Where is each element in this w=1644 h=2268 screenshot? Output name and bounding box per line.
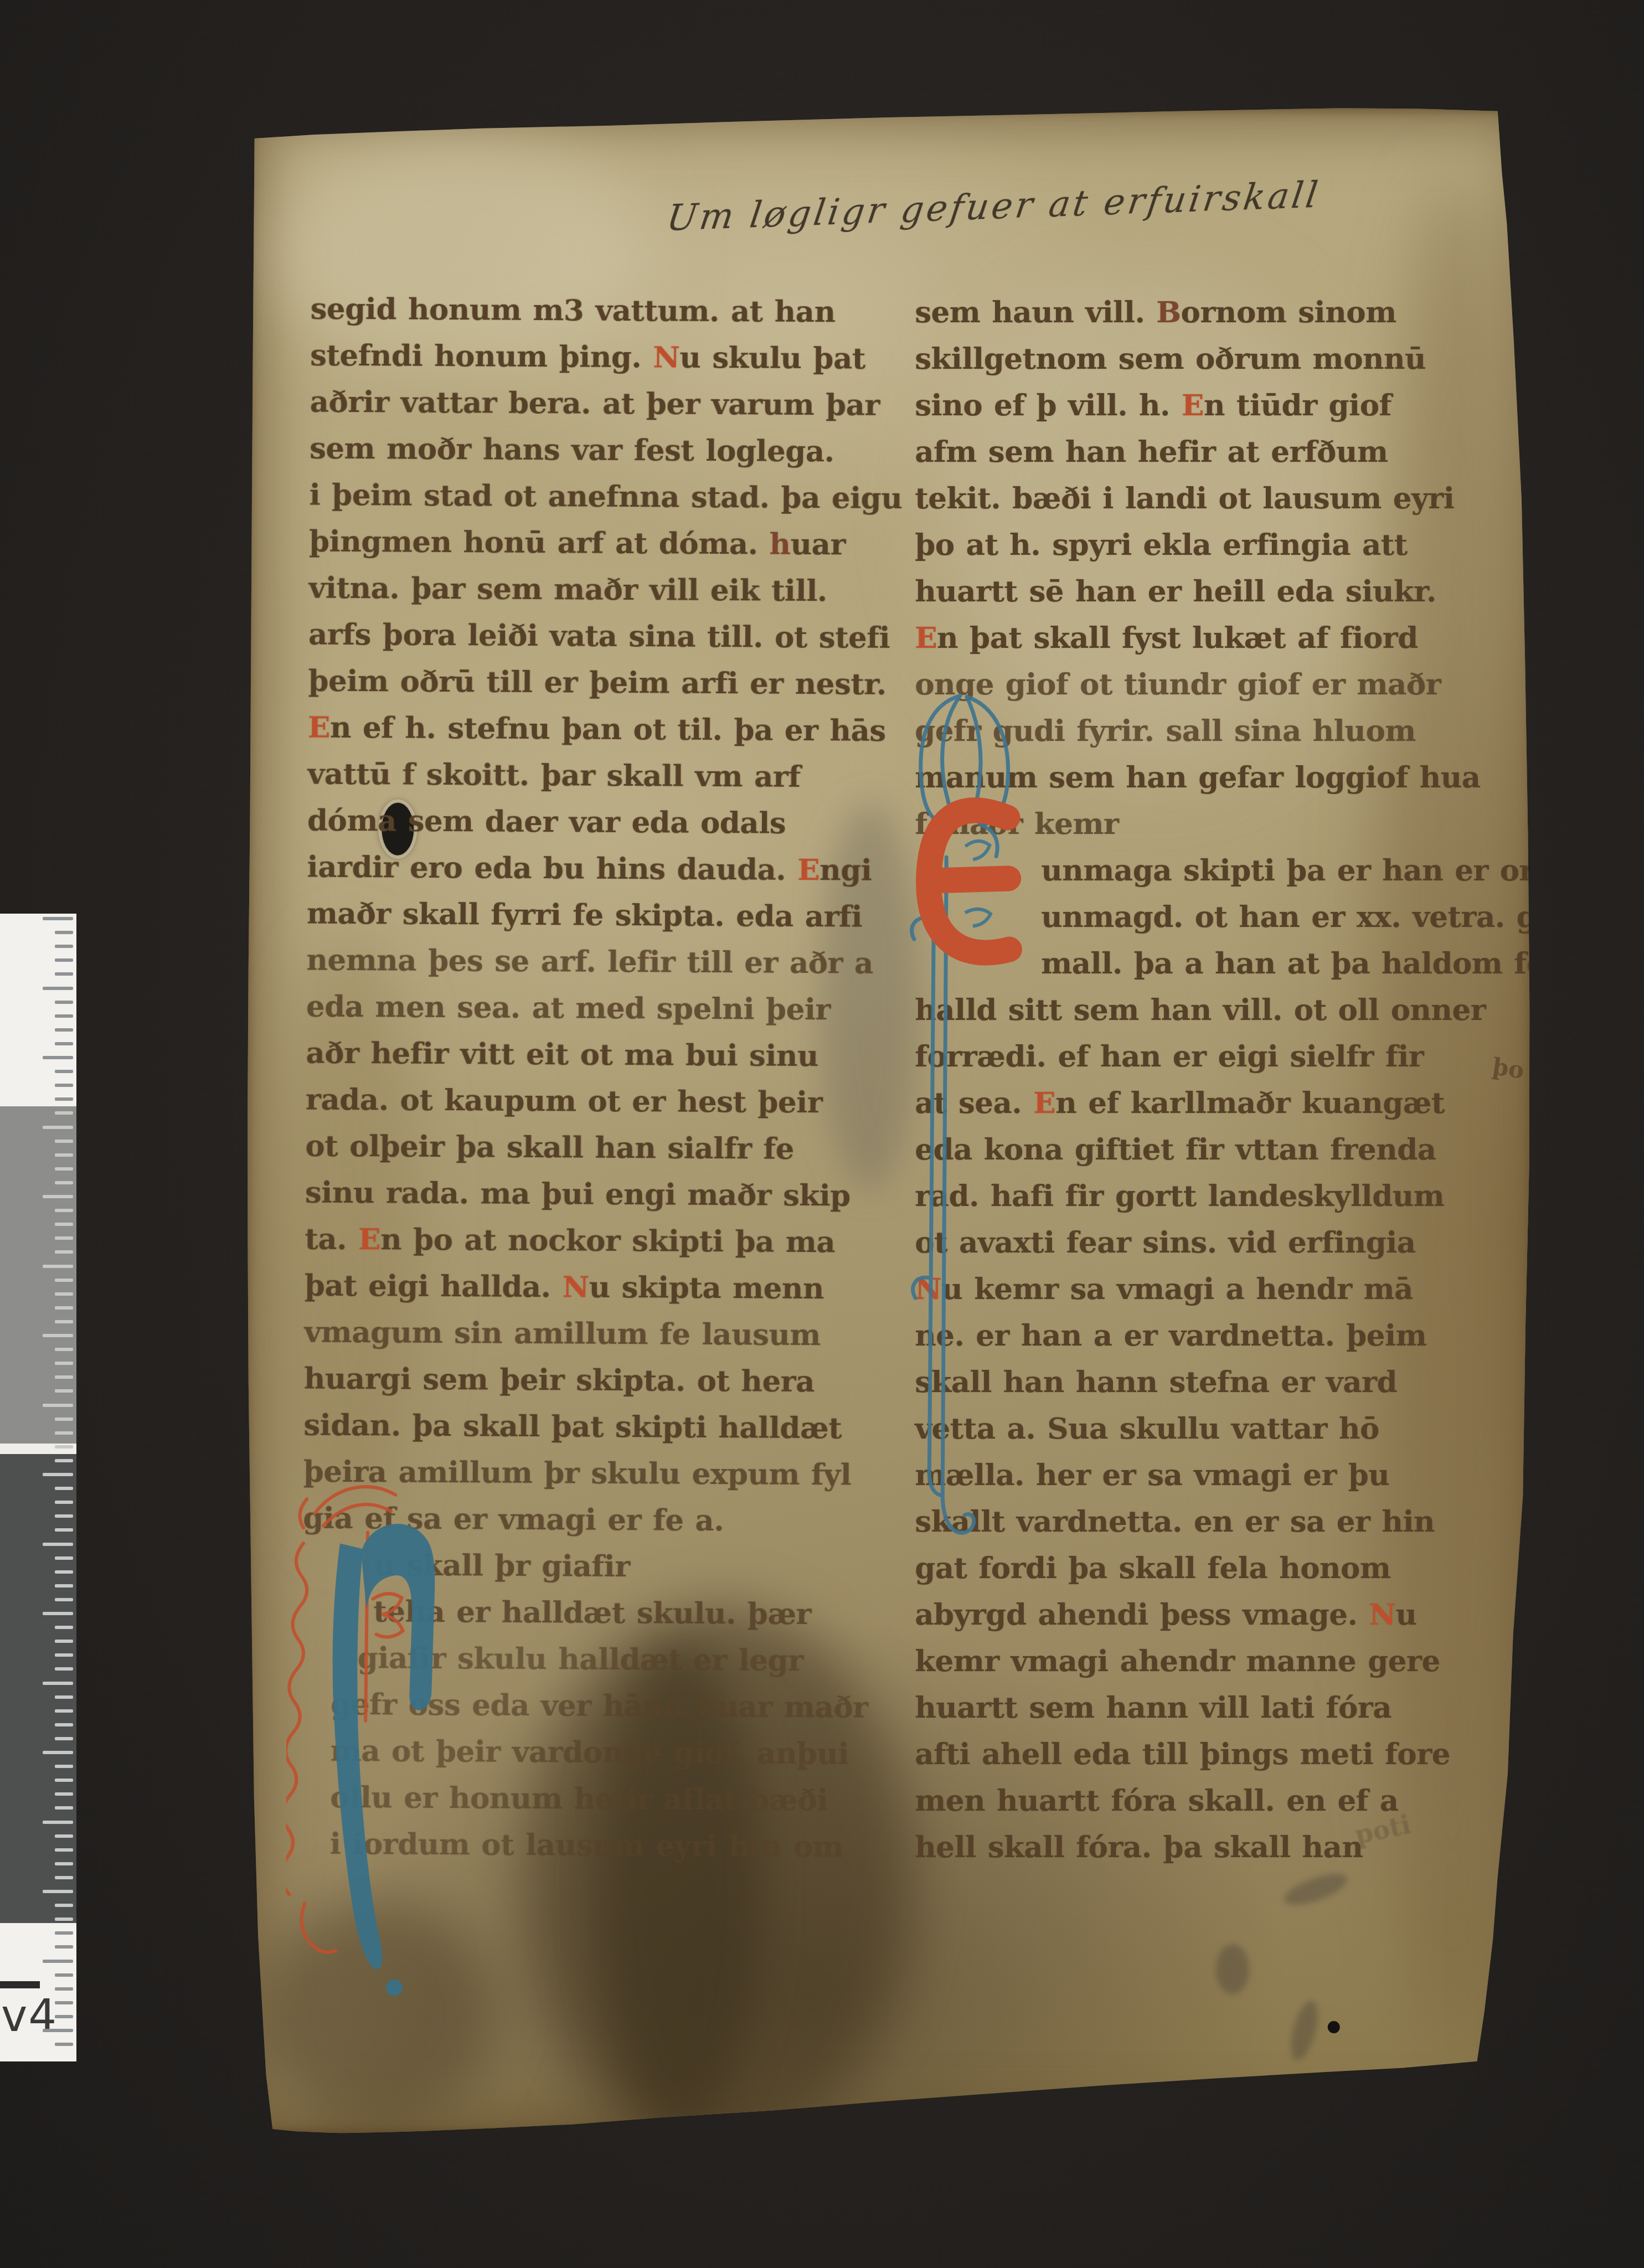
manuscript-line: ne. er han a er vardnetta. þeim [915, 1312, 1540, 1359]
ruler-tick [43, 1334, 73, 1337]
manuscript-line: huartt sē han er heill eda siukr. [915, 568, 1540, 615]
rubricated-letter: E [308, 710, 330, 744]
ruler-tick [43, 1056, 73, 1059]
ruler-tick [55, 1417, 73, 1421]
ruler-tick [55, 1570, 73, 1574]
manuscript-line: men huartt fóra skall. en ef a [915, 1777, 1540, 1824]
rubricated-letter: E [915, 621, 937, 655]
ruler-tick [43, 1543, 73, 1546]
ruler-tick [55, 1140, 73, 1143]
ruler-tick [55, 1931, 73, 1935]
manuscript-line: halld sitt sem han vill. ot oll onner [915, 987, 1540, 1033]
ruler-tick [55, 1514, 73, 1518]
ruler-tick [43, 1404, 73, 1407]
ruler-tick [43, 1612, 73, 1615]
manuscript-line: i þeim stad ot anefnna stad. þa eigu [309, 471, 871, 521]
manuscript-line: mælla. her er sa vmagi er þu [915, 1452, 1540, 1498]
manuscript-line: vmagum sin amillum fe lausum [304, 1308, 866, 1358]
manuscript-line: huargi sem þeir skipta. ot hera [304, 1355, 866, 1405]
manuscript-line: gia ef sa er vmagi er fe a. [303, 1494, 865, 1544]
ruler-tick [55, 945, 73, 948]
ruler-tick [55, 1223, 73, 1226]
manuscript-line: rada. ot kaupum ot er hest þeir [306, 1076, 868, 1126]
manuscript-line: stefndi honum þing. Nu skulu þat [310, 332, 872, 382]
ruler-tick [55, 2043, 73, 2046]
ruler-tick [55, 1236, 73, 1240]
ruler-tick [55, 1695, 73, 1699]
manuscript-line: hell skall fóra. þa skall han [915, 1824, 1540, 1870]
smudge [1286, 1998, 1323, 2063]
manuscript-line: kemr vmagi ahendr manne gere [915, 1638, 1540, 1684]
manuscript-line: skillgetnom sem oðrum monnū [915, 336, 1540, 382]
manuscript-line: at sea. En ef karllmaðr kuangæt [915, 1080, 1540, 1126]
ruler-tick [55, 1556, 73, 1560]
manuscript-line: aðr hefir vitt eit ot ma bui sinu [306, 1029, 868, 1079]
ruler-band [0, 1454, 76, 1923]
manuscript-line: vattū f skoitt. þar skall vm arf [307, 750, 869, 800]
manuscript-line: i iordum ot lausum eyri hin om [301, 1820, 863, 1870]
ruler-tick [55, 1640, 73, 1643]
manuscript-line: forrædi. ef han er eigi sielfr fir [915, 1033, 1540, 1080]
ruler-tick [43, 987, 73, 990]
ruler-tick [55, 1737, 73, 1740]
manuscript-line: sidan. þa skall þat skipti halldæt [303, 1401, 865, 1451]
ruler-tick [55, 1445, 73, 1449]
ruler-tick [55, 1070, 73, 1073]
manuscript-line: En þat skall fyst lukæt af fiord [915, 615, 1540, 661]
manuscript-line: þeira amillum þr skulu expum fyl [303, 1448, 865, 1498]
ruler-tick [43, 1821, 73, 1824]
ruler-tick [55, 1362, 73, 1365]
ruler-tick [55, 2001, 73, 2004]
ruler-tick [43, 1751, 73, 1754]
manuscript-line: ta. En þo at nockor skipti þa ma [305, 1215, 867, 1265]
ruler-tick [55, 1014, 73, 1018]
ruler-tick [55, 1709, 73, 1713]
manuscript-line: aðrir vattar bera. at þer varum þar [310, 378, 872, 428]
manuscript-line: Nu kemr sa vmagi a hendr mā [915, 1266, 1540, 1312]
ruler-band [0, 1106, 76, 1444]
manuscript-line: rad. hafi fir gortt landeskylldum [915, 1173, 1540, 1219]
manuscript-line: u skall þr giafir [303, 1541, 865, 1591]
rubricated-letter: N [653, 340, 679, 374]
manuscript-line: unmaga skipti þa er han er or [915, 847, 1540, 894]
manuscript-line: sinu rada. ma þui engi maðr skip [305, 1169, 867, 1219]
ruler-tick [55, 1279, 73, 1282]
ruler-tick [55, 1918, 73, 1921]
ruler-tick [55, 1084, 73, 1087]
manuscript-line: ollu er honum hefir aflat bæði [301, 1774, 863, 1823]
ruler-label: v4 [1, 1990, 58, 2042]
ruler-tick [55, 1097, 73, 1101]
ruler-tick [55, 1945, 73, 1949]
ruler-tick [55, 1292, 73, 1296]
manuscript-line: afm sem han hefir at erfðum [915, 429, 1540, 475]
ruler-tick [55, 1667, 73, 1671]
manuscript-line: gefr oss eda ver hānū huar maðr [302, 1681, 864, 1730]
ruler-tick [55, 1792, 73, 1796]
manuscript-line: teha er halldæt skulu. þær [302, 1587, 864, 1637]
ruler-tick [55, 1167, 73, 1171]
ruler-tick [55, 1459, 73, 1462]
manuscript-line: manum sem han gefar loggiof hua [915, 754, 1540, 801]
manuscript-line: mall. þa a han at þa haldom fear [915, 940, 1540, 987]
ruler-tick [55, 1306, 73, 1310]
wormhole [1328, 2021, 1340, 2033]
manuscript-line: þeim oðrū till er þeim arfi er nestr. [308, 657, 870, 707]
ruler-tick [43, 1890, 73, 1893]
ruler-tick [55, 958, 73, 962]
ruler-tick [55, 1320, 73, 1323]
smudge [1216, 1945, 1249, 1994]
smudge [1281, 1868, 1351, 1911]
ruler-tick [55, 1653, 73, 1657]
ruler-tick [43, 1195, 73, 1198]
stain [257, 1898, 496, 2131]
text-column-right: sem haun vill. Bornom sinomskillgetnom s… [915, 289, 1540, 1870]
ruler-tick [55, 1181, 73, 1184]
rubricated-letter: N [562, 1270, 589, 1304]
ruler-tick [55, 1528, 73, 1532]
ruler-tick [55, 1626, 73, 1629]
ruler-tick [55, 1028, 73, 1032]
manuscript-line: þat eigi hallda. Nu skipta menn [305, 1262, 867, 1312]
manuscript-line: sem haun vill. Bornom sinom [915, 289, 1540, 336]
ruler-tick [55, 1501, 73, 1504]
manuscript-line: huartt sem hann vill lati fóra [915, 1684, 1540, 1731]
ruler-tick [55, 1431, 73, 1435]
ruler-tick [55, 1765, 73, 1768]
parchment-leaf: Um løgligr gefuer at erfuirskall segid h… [241, 104, 1537, 2139]
manuscript-line: sem moðr hans var fest loglega. [310, 425, 872, 475]
manuscript-line: nemna þes se arf. lefir till er aðr a [306, 936, 868, 986]
manuscript-line: skall han hann stefna er vard [915, 1359, 1540, 1405]
ruler-band [0, 914, 76, 1106]
ruler-tick [55, 1153, 73, 1157]
rubricated-letter: B [1156, 295, 1181, 329]
manuscript-line: ot avaxti fear sins. vid erfingia [915, 1219, 1540, 1266]
ruler-tick [43, 1265, 73, 1268]
ruler-tick [43, 1473, 73, 1476]
manuscript-line: arfs þora leiði vata sina till. ot stefi [308, 611, 870, 661]
ruler-tick [55, 1598, 73, 1601]
ruler-tick [55, 1042, 73, 1045]
ruler-tick [55, 1834, 73, 1838]
ruler-tick [43, 1960, 73, 1963]
ruler-tick [55, 1209, 73, 1212]
manuscript-line: iardir ero eda bu hins dauda. Engi [307, 843, 869, 893]
ruler-tick [55, 1111, 73, 1115]
text-column-left: segid honum m3 vattum. at hanstefndi hon… [301, 285, 872, 1870]
manuscript-line: onge giof ot tiundr giof er maðr [915, 661, 1540, 708]
photo-scale-ruler: v4 [0, 914, 76, 2061]
ruler-tick [43, 1682, 73, 1685]
rubricated-letter: E [1182, 388, 1204, 422]
manuscript-line: segid honum m3 vattum. at han [310, 285, 872, 335]
manuscript-line: f maðr kemr [915, 801, 1540, 847]
ruler-tick [55, 1001, 73, 1004]
ruler-tick [55, 1375, 73, 1379]
ruler-tick [55, 1779, 73, 1782]
manuscript-line: vitna. þar sem maðr vill eik till. [308, 564, 870, 614]
header-inscription: Um løgligr gefuer at erfuirskall [664, 168, 1500, 239]
ruler-tick [55, 1806, 73, 1810]
manuscript-line: abyrgd ahendi þess vmage. Nu [915, 1591, 1540, 1638]
ruler-tick [55, 1584, 73, 1587]
ruler-tick [43, 1126, 73, 1129]
rubricated-letter: E [1033, 1086, 1055, 1120]
manuscript-line: maðr skall fyrri fe skipta. eda arfi [307, 890, 869, 940]
manuscript-line: tekit. bæði i landi ot lausum eyri [915, 475, 1540, 522]
ruler-tick [55, 1389, 73, 1393]
ruler-tick [55, 972, 73, 976]
manuscript-line: sino ef þ vill. h. En tiūdr giof [915, 382, 1540, 429]
rubricated-letter: N [1369, 1597, 1395, 1632]
ruler-tick [55, 1348, 73, 1351]
ruler-tick [55, 1876, 73, 1879]
rubricated-letter: E [358, 1222, 380, 1256]
manuscript-line: ma ot þeir vardonge giof. anþui [302, 1727, 864, 1777]
manuscript-line: þo at h. spyri ekla erfingia att [915, 522, 1540, 568]
manuscript-line: unmagd. ot han er xx. vetra. ga [915, 894, 1540, 940]
manuscript-line: þingmen honū arf at dóma. huar [309, 518, 871, 568]
ruler-tick [55, 1250, 73, 1254]
ruler-tick [43, 2029, 73, 2032]
manuscript-line: ot olþeir þa skall han sialfr fe [305, 1122, 867, 1172]
manuscript-line: giafir skulu halldæt er legr [302, 1634, 864, 1684]
ruler-tick [55, 1973, 73, 1977]
ruler-tick [43, 917, 73, 920]
ruler-reference-line [0, 1981, 40, 1988]
manuscript-line: afti ahell eda till þings meti fore [915, 1731, 1540, 1777]
manuscript-line: vetta a. Sua skullu vattar hō [915, 1405, 1540, 1452]
ruler-tick [55, 1987, 73, 1991]
manuscript-line: En ef h. stefnu þan ot til. þa er hās [308, 704, 870, 754]
ruler-tick [55, 1848, 73, 1852]
manuscript-line: gat fordi þa skall fela honom [915, 1545, 1540, 1591]
manuscript-photo: v4 Um løgligr gefuer at erfuirskall segi… [0, 0, 1644, 2268]
ruler-tick [55, 1904, 73, 1907]
ruler-tick [55, 1723, 73, 1726]
ruler-tick [55, 2015, 73, 2018]
manuscript-line: eda men sea. at med spelni þeir [306, 983, 868, 1033]
ruler-tick [55, 931, 73, 934]
rubricated-letter: h [769, 527, 790, 561]
ruler-tick [55, 1487, 73, 1490]
manuscript-line: gefr gudi fyrir. sall sina hluom [915, 708, 1540, 754]
right-margin-note: þo [1491, 1053, 1526, 1084]
ruler-tick [55, 1862, 73, 1865]
rubricated-letter: E [797, 853, 820, 887]
manuscript-line: skallt vardnetta. en er sa er hin [915, 1498, 1540, 1545]
manuscript-line: eda kona giftiet fir vttan frenda [915, 1126, 1540, 1173]
manuscript-line: dóma sem daer var eda odals [307, 797, 869, 847]
rubricated-letter: N [915, 1272, 941, 1306]
